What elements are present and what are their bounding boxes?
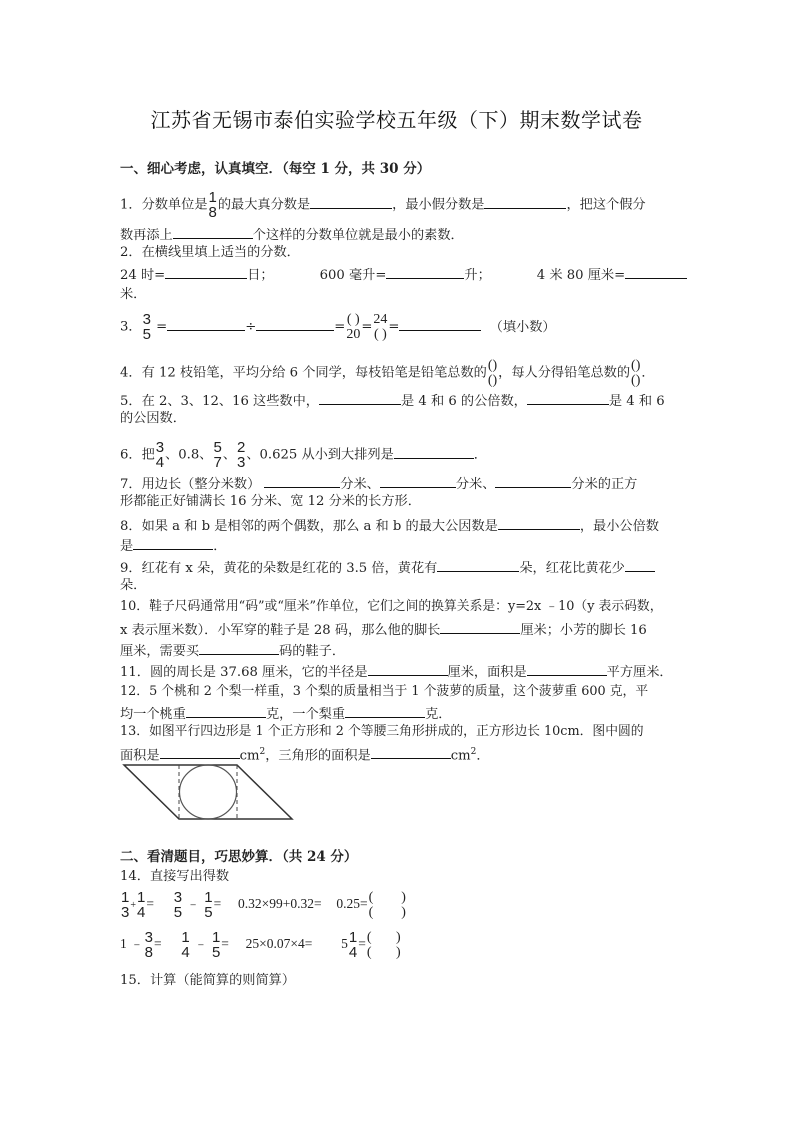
answer-blank[interactable] (173, 224, 253, 239)
question-14-label: 14．直接写出得数 (120, 868, 229, 886)
q11-text-c: 平方厘米． (607, 665, 673, 680)
answer-blank[interactable] (368, 661, 448, 676)
q2-text-f: 4 米 80 厘米= (537, 268, 625, 283)
answer-blank[interactable] (186, 703, 266, 718)
q1-text-a: 1．分数单位是 (120, 198, 208, 213)
q9-text-a: 9．红花有 x 朵，黄花的朵数是红花的 3.5 倍，黄花有 (120, 561, 437, 576)
question-5-line-1: 5．在 2、3、12、16 这些数中，是 4 和 6 的公倍数，是 4 和 6 (120, 390, 665, 411)
q9-text-b: 朵，红花比黄花少 (519, 561, 625, 576)
q4-text-a: 4．有 12 枝铅笔，平均分给 6 个同学，每枝铅笔是铅笔总数的 (120, 366, 487, 381)
question-12-line-1: 12．5 个桃和 2 个梨一样重，3 个梨的质量相当于 1 个菠萝的质量，这个菠… (120, 683, 648, 701)
q8-text-d: ． (213, 539, 226, 554)
exam-title: 江苏省无锡市泰伯实验学校五年级（下）期末数学试卷 (0, 104, 793, 133)
q6-text-b: 、0.8、 (165, 448, 212, 463)
answer-blank[interactable] (527, 390, 609, 405)
q8-text-a: 8．如果 a 和 b 是相邻的两个偶数，那么 a 和 b 的最大公因数是 (120, 519, 498, 534)
answer-blank[interactable] (399, 316, 481, 331)
answer-blank[interactable] (199, 640, 279, 655)
answer-blank[interactable] (160, 744, 240, 759)
expression-3: 25×0.07×4= (246, 936, 313, 951)
question-12-line-2: 均一个桃重克，一个梨重克． (120, 703, 451, 724)
q5-text-a: 5．在 2、3、12、16 这些数中， (120, 394, 319, 409)
q2-text-c: 日； (247, 268, 273, 283)
q8-text-b: ，最小公倍数 (580, 519, 659, 534)
equals-sign: = (154, 936, 162, 951)
q7-text-d: 分米的正方 (571, 477, 637, 492)
question-3: 3．35 =÷=( )20=24( )= （填小数） (120, 312, 556, 342)
q6-text-e: ． (474, 448, 487, 463)
q10-text-d: 厘米，需要买 (120, 644, 199, 659)
minus-sign: ﹣ (183, 896, 203, 911)
question-2-line-2: 24 时=日；600 毫升=升；4 米 80 厘米= (120, 264, 687, 285)
q6-text-c: 、 (223, 448, 236, 463)
question-9-line-2: 朵． (120, 577, 146, 595)
fraction: 35 (174, 890, 182, 920)
answer-blank[interactable] (484, 194, 566, 209)
question-7-line-2: 形都能正好铺满长 16 分米、宽 12 分米的长方形． (120, 493, 421, 511)
divide-sign: ÷ (245, 320, 256, 335)
fraction-blank[interactable]: ( )( ) (367, 930, 401, 960)
fraction-blank-20[interactable]: ( )20 (346, 312, 360, 342)
q1-text-b: 的最大真分数是 (218, 198, 310, 213)
question-10-line-1: 10．鞋子尺码通常用“码”或“厘米”作单位，它们之间的换算关系是：y=2x ﹣1… (120, 598, 663, 616)
fraction: 14 (137, 890, 145, 920)
equals-sign: = (334, 320, 345, 335)
q5-text-c: 是 4 和 6 (609, 394, 665, 409)
question-2-line-3: 米． (120, 286, 146, 304)
question-7-line-1: 7．用边长（整分米数）分米、分米、分米的正方 (120, 473, 637, 494)
question-14-row-2: 1 ﹣38= 14 ﹣ 15= 25×0.07×4= 514=( )( ) (120, 928, 402, 960)
fraction: 38 (145, 930, 153, 960)
question-1-line-1: 1．分数单位是18的最大真分数是，最小假分数是，把这个假分 (120, 190, 646, 220)
question-1-line-2: 数再添上个这样的分数单位就是最小的素数． (120, 224, 464, 245)
equals-sign: = (146, 896, 154, 911)
equals-sign: = (221, 936, 229, 951)
fraction: 15 (204, 890, 212, 920)
question-11: 11．圆的周长是 37.68 厘米，它的半径是厘米，面积是平方厘米． (120, 661, 673, 682)
answer-blank[interactable] (527, 661, 607, 676)
q10-text-c: 厘米；小芳的脚长 16 (520, 623, 646, 638)
fraction-blank[interactable]: ()() (488, 358, 497, 388)
section-2-heading: 二、看清题目，巧思妙算．（共 24 分） (120, 848, 357, 866)
answer-blank[interactable] (437, 557, 519, 572)
q1-text-c: ，最小假分数是 (392, 198, 484, 213)
unit-cm: cm (451, 748, 471, 763)
plus-sign: + (130, 900, 136, 911)
answer-blank[interactable] (371, 744, 451, 759)
fraction-5-7: 57 (213, 440, 221, 470)
question-14-row-1: 13+14= 35 ﹣ 15= 0.32×99+0.32= 0.25=( )( … (120, 888, 407, 922)
equals-sign: = (358, 936, 366, 951)
q13-text-d: ． (476, 748, 489, 763)
question-8-line-1: 8．如果 a 和 b 是相邻的两个偶数，那么 a 和 b 的最大公因数是，最小公… (120, 515, 659, 536)
question-5-line-2: 的公因数． (120, 410, 186, 428)
q10-text-e: 码的鞋子． (279, 644, 345, 659)
fraction-blank[interactable]: ()() (631, 358, 640, 388)
equals-sign: = (361, 320, 372, 335)
answer-blank[interactable] (256, 316, 334, 331)
q4-text-b: ，每人分得铅笔总数的 (498, 366, 630, 381)
question-13-line-1: 13．如图平行四边形是 1 个正方形和 2 个等腰三角形拼成的，正方形边长 10… (120, 723, 644, 741)
fraction: 14 (181, 930, 189, 960)
q5-text-b: 是 4 和 6 的公倍数， (401, 394, 527, 409)
answer-blank[interactable] (625, 557, 655, 572)
q6-text-d: 、0.625 从小到大排列是 (246, 448, 393, 463)
answer-blank[interactable] (345, 703, 425, 718)
equals-sign: = (214, 896, 222, 911)
q10-text-b: x 表示厘米数）．小军穿的鞋子是 28 码，那么他的脚长 (120, 623, 440, 638)
exam-page: 江苏省无锡市泰伯实验学校五年级（下）期末数学试卷 一、细心考虑，认真填空．（每空… (0, 0, 793, 1122)
q2-text-e: 升； (464, 268, 490, 283)
q2-text-d: 600 毫升= (320, 268, 387, 283)
q12-text-b: 均一个桃重 (120, 707, 186, 722)
question-9-line-1: 9．红花有 x 朵，黄花的朵数是红花的 3.5 倍，黄花有朵，红花比黄花少 (120, 557, 655, 578)
answer-blank[interactable] (310, 194, 392, 209)
q12-text-d: 克． (425, 707, 451, 722)
question-8-line-2: 是． (120, 535, 226, 556)
q11-text-a: 11．圆的周长是 37.68 厘米，它的半径是 (120, 665, 368, 680)
question-10-line-2: x 表示厘米数）．小军穿的鞋子是 28 码，那么他的脚长厘米；小芳的脚长 16 (120, 619, 647, 640)
q7-text-b: 分米、 (340, 477, 380, 492)
answer-blank[interactable] (394, 444, 474, 459)
answer-blank[interactable] (167, 316, 245, 331)
equals-sign: = (388, 320, 399, 335)
parallelogram-circle-figure (120, 762, 295, 822)
q8-text-c: 是 (120, 539, 133, 554)
q1-text-e: 数再添上 (120, 228, 173, 243)
fraction: 13 (121, 890, 129, 920)
answer-blank[interactable] (498, 515, 580, 530)
answer-blank[interactable] (495, 473, 571, 488)
question-4: 4．有 12 枝铅笔，平均分给 6 个同学，每枝铅笔是铅笔总数的()()，每人分… (120, 358, 655, 388)
q3-number: 3． (120, 320, 142, 335)
q1-text-d: ，把这个假分 (566, 198, 645, 213)
question-15-label: 15．计算（能简算的则简算） (120, 972, 295, 990)
question-2-line-1: 2．在横线里填上适当的分数． (120, 244, 300, 262)
fraction: 14 (349, 930, 357, 960)
q7-text-a: 7．用边长（整分米数） (120, 477, 260, 492)
q2-text-b: 24 时= (120, 268, 165, 283)
answer-blank[interactable] (386, 264, 464, 279)
section-1-heading: 一、细心考虑，认真填空．（每空 1 分，共 30 分） (120, 160, 430, 178)
fraction-blank[interactable]: ( )( ) (369, 890, 406, 920)
expression-3: 0.32×99+0.32= (238, 896, 322, 911)
q7-text-c: 分米、 (456, 477, 496, 492)
expression-4: 0.25= (336, 896, 367, 911)
answer-blank[interactable] (440, 619, 520, 634)
answer-blank[interactable] (380, 473, 456, 488)
fraction-3-5: 35 (143, 312, 151, 342)
answer-blank[interactable] (625, 264, 687, 279)
fraction: 15 (212, 930, 220, 960)
q1-text-f: 个这样的分数单位就是最小的素数． (253, 228, 464, 243)
q11-text-b: 厘米，面积是 (448, 665, 527, 680)
q12-text-c: 克，一个梨重 (266, 707, 345, 722)
mixed-number-whole: 5 (341, 936, 348, 951)
equals-sign: = (156, 320, 167, 335)
question-6: 6．把34、0.8、57、23、0.625 从小到大排列是． (120, 440, 487, 470)
minus-sign: ﹣ (191, 936, 211, 951)
fraction-3-4: 34 (156, 440, 164, 470)
answer-blank[interactable] (264, 473, 340, 488)
answer-blank[interactable] (319, 390, 401, 405)
question-10-line-3: 厘米，需要买码的鞋子． (120, 640, 345, 661)
answer-blank[interactable] (133, 535, 213, 550)
fraction-1-8: 18 (209, 190, 217, 220)
q6-text-a: 6．把 (120, 448, 155, 463)
q3-note: （填小数） (490, 320, 556, 335)
q4-text-c: ． (641, 366, 654, 381)
fraction-24-blank[interactable]: 24( ) (373, 312, 387, 342)
answer-blank[interactable] (165, 264, 247, 279)
expression-1-prefix: 1 ﹣ (120, 936, 144, 951)
fraction-2-3: 23 (237, 440, 245, 470)
